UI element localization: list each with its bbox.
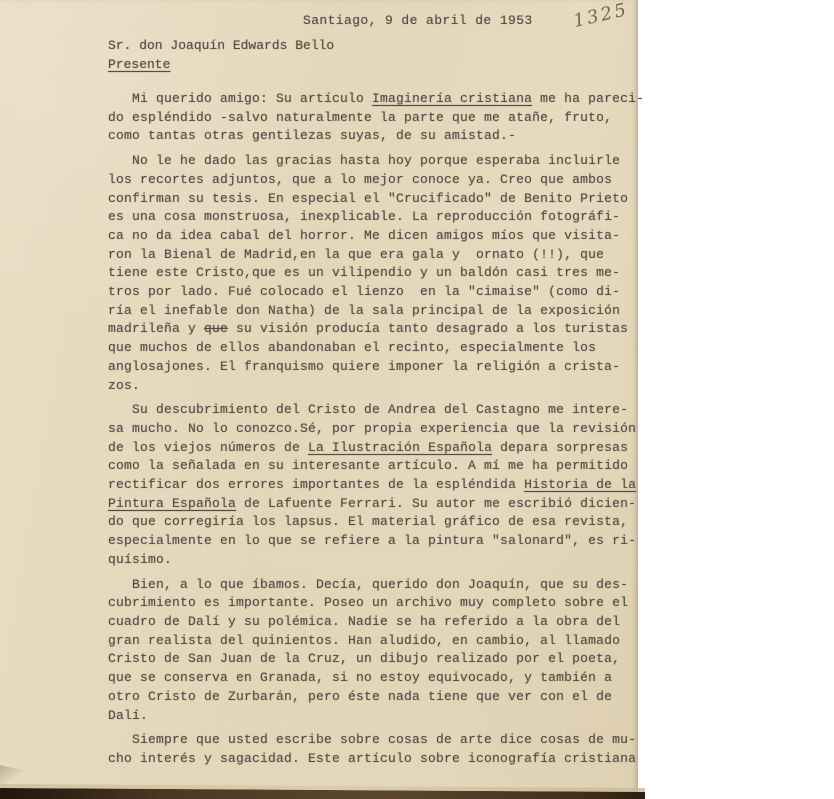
scanned-letter-page: { "letter": { "date_line": "Santiago, 9 … — [0, 0, 834, 799]
text-run: Bien, a lo que íbamos. Decía, querido do… — [108, 577, 628, 592]
text-run: gran realista del quinientos. Han aludid… — [108, 633, 620, 648]
letter-line: tiene este Cristo,que es un vilipendio y… — [108, 264, 643, 283]
text-run: cubrimiento es importante. Poseo un arch… — [108, 595, 628, 610]
recipient-presente: Presente — [108, 55, 334, 74]
text-run: que muchos de ellos abandonaban el recin… — [108, 340, 596, 355]
letter-line: que muchos de ellos abandonaban el recin… — [108, 339, 643, 358]
text-run: No le he dado las gracias hasta hoy porq… — [108, 153, 620, 168]
letter-line: Pintura Española de Lafuente Ferrari. Su… — [108, 495, 643, 514]
letter-line: de los viejos números de La Ilustración … — [108, 439, 643, 458]
letter-line: ron la Bienal de Madrid,en la que era ga… — [108, 246, 643, 265]
text-run: zos. — [108, 378, 140, 393]
text-run: me ha pareci- — [532, 91, 644, 106]
letter-line: ca no da idea cabal del horror. Me dicen… — [108, 227, 643, 246]
text-run: do espléndido -salvo naturalmente la par… — [108, 110, 612, 125]
text-run: cho interés y sagacidad. Este artículo s… — [108, 751, 636, 766]
letter-line: Su descubrimiento del Cristo de Andrea d… — [108, 401, 643, 420]
text-run: de los viejos números de — [108, 440, 308, 455]
text-run: ca no da idea cabal del horror. Me dicen… — [108, 228, 620, 243]
text-run: do que corregiría los lapsus. El materia… — [108, 514, 628, 529]
text-run: confirman su tesis. En especial el "Cruc… — [108, 191, 628, 206]
underlined-text: Historia de la — [524, 477, 636, 492]
text-run: sa mucho. No lo conozco.Sé, por propia e… — [108, 421, 636, 436]
underlined-text: Pintura Española — [108, 496, 236, 511]
letter-body: Mi querido amigo: Su artículo Imaginería… — [108, 90, 643, 769]
text-run: los recortes adjuntos, que a lo mejor co… — [108, 172, 612, 187]
letter-line: sa mucho. No lo conozco.Sé, por propia e… — [108, 420, 643, 439]
struck-text: que — [204, 321, 228, 336]
text-run: Dalí. — [108, 708, 148, 723]
text-run: madrileña y — [108, 321, 204, 336]
letter-line: Bien, a lo que íbamos. Decía, querido do… — [108, 576, 643, 595]
letter-line: rectificar dos errores importantes de la… — [108, 476, 643, 495]
text-run: ron la Bienal de Madrid,en la que era ga… — [108, 247, 604, 262]
text-run: especialmente en lo que se refiere a la … — [108, 533, 636, 548]
text-run: Siempre que usted escribe sobre cosas de… — [108, 732, 636, 747]
text-run: ría el inefable don Natha) de la sala pr… — [108, 303, 620, 318]
letter-line: que se conserva en Granada, si no estoy … — [108, 669, 643, 688]
text-run: tiene este Cristo,que es un vilipendio y… — [108, 265, 620, 280]
paragraph: Su descubrimiento del Cristo de Andrea d… — [108, 401, 643, 569]
recipient-name: Sr. don Joaquín Edwards Bello — [108, 36, 334, 55]
letter-line: zos. — [108, 377, 643, 396]
paragraph: Bien, a lo que íbamos. Decía, querido do… — [108, 576, 643, 726]
underlined-text: La Ilustración Española — [308, 440, 492, 455]
letter-line: otro Cristo de Zurbarán, pero éste nada … — [108, 688, 643, 707]
letter-line: madrileña y que su visión producía tanto… — [108, 320, 643, 339]
text-run: rectificar dos errores importantes de la… — [108, 477, 524, 492]
letter-line: como la señalada en su interesante artíc… — [108, 457, 643, 476]
letter-line: Mi querido amigo: Su artículo Imaginería… — [108, 90, 643, 109]
text-run: es una cosa monstruosa, inexplicable. La… — [108, 209, 620, 224]
recipient-block: Sr. don Joaquín Edwards Bello Presente — [108, 36, 334, 74]
letter-line: Cristo de San Juan de la Cruz, un dibujo… — [108, 650, 643, 669]
letter-line: cubrimiento es importante. Poseo un arch… — [108, 594, 643, 613]
text-run: Cristo de San Juan de la Cruz, un dibujo… — [108, 651, 620, 666]
text-run: que se conserva en Granada, si no estoy … — [108, 670, 612, 685]
letter-line: cho interés y sagacidad. Este artículo s… — [108, 750, 643, 769]
letter-line: como tantas otras gentilezas suyas, de s… — [108, 127, 643, 146]
text-run: tros por lado. Fué colocado el lienzo en… — [108, 284, 620, 299]
letter-line: quísimo. — [108, 551, 643, 570]
text-run: como la señalada en su interesante artíc… — [108, 458, 628, 473]
letter-line: es una cosa monstruosa, inexplicable. La… — [108, 208, 643, 227]
letter-line: tros por lado. Fué colocado el lienzo en… — [108, 283, 643, 302]
letter-line: anglosajones. El franquismo quiere impon… — [108, 358, 643, 377]
letter-line: do que corregiría los lapsus. El materia… — [108, 513, 643, 532]
letter-line: especialmente en lo que se refiere a la … — [108, 532, 643, 551]
letter-line: No le he dado las gracias hasta hoy porq… — [108, 152, 643, 171]
handwritten-archive-number: 1325 — [571, 0, 630, 32]
text-run: cuadro de Dalí y su polémica. Nadie se h… — [108, 614, 620, 629]
paragraph: Siempre que usted escribe sobre cosas de… — [108, 731, 643, 768]
letter-line: do espléndido -salvo naturalmente la par… — [108, 109, 643, 128]
text-run: quísimo. — [108, 552, 172, 567]
text-run: Mi querido amigo: Su artículo — [108, 91, 372, 106]
text-run: Su descubrimiento del Cristo de Andrea d… — [108, 402, 628, 417]
letter-line: gran realista del quinientos. Han aludid… — [108, 632, 643, 651]
letter-line: Siempre que usted escribe sobre cosas de… — [108, 731, 643, 750]
text-run: de Lafuente Ferrari. Su autor me escribi… — [236, 496, 636, 511]
text-run: depara sorpresas — [492, 440, 628, 455]
paragraph: No le he dado las gracias hasta hoy porq… — [108, 152, 643, 395]
letter-line: confirman su tesis. En especial el "Cruc… — [108, 190, 643, 209]
letter-paper: Santiago, 9 de abril de 1953 1325 Sr. do… — [0, 0, 638, 799]
text-run: otro Cristo de Zurbarán, pero éste nada … — [108, 689, 612, 704]
text-run: su visión producía tanto desagrado a los… — [228, 321, 628, 336]
letter-line: ría el inefable don Natha) de la sala pr… — [108, 302, 643, 321]
date-line: Santiago, 9 de abril de 1953 — [303, 13, 533, 28]
letter-line: Dalí. — [108, 707, 643, 726]
paragraph: Mi querido amigo: Su artículo Imaginería… — [108, 90, 643, 146]
underlined-text: Imaginería cristiana — [372, 91, 532, 106]
scan-bottom-edge — [0, 788, 645, 799]
letter-line: los recortes adjuntos, que a lo mejor co… — [108, 171, 643, 190]
text-run: anglosajones. El franquismo quiere impon… — [108, 359, 620, 374]
letter-line: cuadro de Dalí y su polémica. Nadie se h… — [108, 613, 643, 632]
text-run: como tantas otras gentilezas suyas, de s… — [108, 128, 516, 143]
